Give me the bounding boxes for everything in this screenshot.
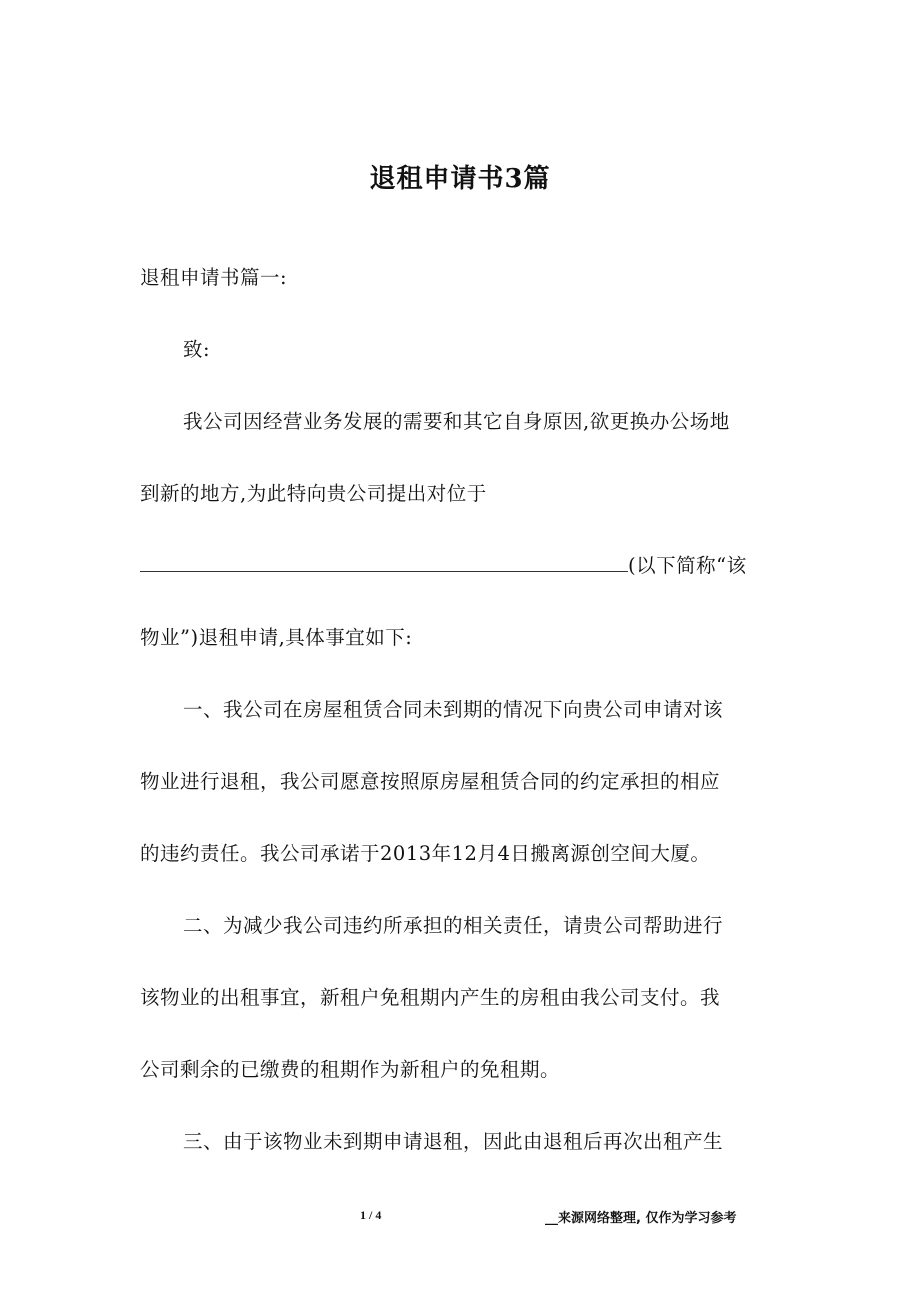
salutation: 致: [183,334,210,362]
paragraph-line: 到新的地方,为此特向贵公司提出对位于 [140,478,487,506]
address-blank-field [140,553,628,572]
paragraph-line: 该物业的出租事宜，新租户免租期内产生的房租由我公司支付。我 [140,982,720,1010]
paragraph-line: 公司剩余的已缴费的租期作为新租户的免租期。 [140,1054,560,1082]
section-heading: 退租申请书篇一: [140,262,287,290]
paragraph-line: 我公司因经营业务发展的需要和其它自身原因,欲更换办公场地 [183,406,730,434]
paragraph-line: 物业进行退租，我公司愿意按照原房屋租赁合同的约定承担的相应 [140,766,720,794]
paragraph-line: 的违约责任。我公司承诺于2013年12月4日搬离源创空间大厦。 [140,838,710,866]
paragraph-line: 物业”)退租申请,具体事宜如下: [140,622,412,650]
paragraph-line: 二、为减少我公司违约所承担的相关责任，请贵公司帮助进行 [183,910,723,938]
page-indicator: 1 / 4 [360,1208,381,1223]
source-note: __来源网络整理, 仅作为学习参考 [545,1207,736,1226]
document-title: 退租申请书3篇 [0,158,920,195]
paragraph-text: (以下简称“该 [628,554,747,577]
paragraph-line: 三、由于该物业未到期申请退租，因此由退租后再次出租产生 [183,1126,723,1154]
paragraph-line: (以下简称“该 [140,550,747,578]
paragraph-line: 一、我公司在房屋租赁合同未到期的情况下向贵公司申请对该 [183,694,723,722]
